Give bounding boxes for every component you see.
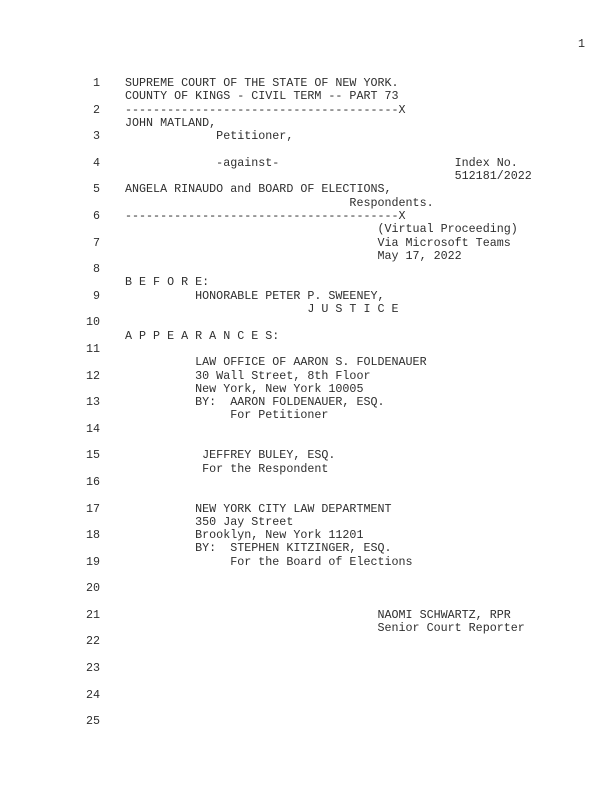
line-number: 3 xyxy=(0,130,100,143)
line-text: COUNTY OF KINGS - CIVIL TERM -- PART 73 xyxy=(100,90,612,103)
line-text: NAOMI SCHWARTZ, RPR xyxy=(100,609,612,622)
line-number: 1 xyxy=(0,77,100,90)
line-text: May 17, 2022 xyxy=(100,250,612,263)
line-number xyxy=(0,542,100,555)
transcript-row: 24 xyxy=(0,689,612,702)
line-text xyxy=(100,715,612,728)
transcript-row: 20 xyxy=(0,582,612,595)
transcript-row: JOHN MATLAND, xyxy=(0,117,612,130)
line-number: 4 xyxy=(0,157,100,170)
line-number xyxy=(0,436,100,449)
transcript-row: COUNTY OF KINGS - CIVIL TERM -- PART 73 xyxy=(0,90,612,103)
line-number xyxy=(0,250,100,263)
line-number xyxy=(0,675,100,688)
line-text xyxy=(100,489,612,502)
transcript-row: 6---------------------------------------… xyxy=(0,210,612,223)
transcript-row: 13 BY: AARON FOLDENAUER, ESQ. xyxy=(0,396,612,409)
line-number: 10 xyxy=(0,316,100,329)
transcript-row: 350 Jay Street xyxy=(0,516,612,529)
line-text: 350 Jay Street xyxy=(100,516,612,529)
line-number xyxy=(0,463,100,476)
transcript-row: BY: STEPHEN KITZINGER, ESQ. xyxy=(0,542,612,555)
line-text xyxy=(100,582,612,595)
line-text: For the Respondent xyxy=(100,463,612,476)
line-text xyxy=(100,702,612,715)
line-number: 20 xyxy=(0,582,100,595)
line-number: 14 xyxy=(0,423,100,436)
transcript-row xyxy=(0,569,612,582)
transcript-row: 4 -against- Index No. xyxy=(0,157,612,170)
line-text xyxy=(100,436,612,449)
line-number xyxy=(0,409,100,422)
transcript-row: 3 Petitioner, xyxy=(0,130,612,143)
line-text xyxy=(100,569,612,582)
page-number: 1 xyxy=(0,38,585,51)
transcript-row: B E F O R E: xyxy=(0,276,612,289)
line-text: Via Microsoft Teams xyxy=(100,237,612,250)
line-number xyxy=(0,276,100,289)
line-number xyxy=(0,170,100,183)
line-text: BY: STEPHEN KITZINGER, ESQ. xyxy=(100,542,612,555)
transcript-row: A P P E A R A N C E S: xyxy=(0,330,612,343)
line-number xyxy=(0,596,100,609)
line-text: ---------------------------------------X xyxy=(100,104,612,117)
line-text: Respondents. xyxy=(100,197,612,210)
transcript-row: 15 JEFFREY BULEY, ESQ. xyxy=(0,449,612,462)
transcript-row: J U S T I C E xyxy=(0,303,612,316)
line-text xyxy=(100,423,612,436)
line-number xyxy=(0,90,100,103)
transcript-row: 11 xyxy=(0,343,612,356)
line-number: 16 xyxy=(0,476,100,489)
line-text: BY: AARON FOLDENAUER, ESQ. xyxy=(100,396,612,409)
transcript-row: 512181/2022 xyxy=(0,170,612,183)
transcript-row: (Virtual Proceeding) xyxy=(0,223,612,236)
line-number xyxy=(0,356,100,369)
line-number xyxy=(0,569,100,582)
transcript-page: 1 1SUPREME COURT OF THE STATE OF NEW YOR… xyxy=(0,0,612,792)
line-text: J U S T I C E xyxy=(100,303,612,316)
line-text: -against- Index No. xyxy=(100,157,612,170)
line-text xyxy=(100,316,612,329)
transcript-row: New York, New York 10005 xyxy=(0,383,612,396)
line-text xyxy=(100,649,612,662)
transcript-row: 22 xyxy=(0,635,612,648)
line-text: LAW OFFICE OF AARON S. FOLDENAUER xyxy=(100,356,612,369)
transcript-row xyxy=(0,596,612,609)
transcript-row xyxy=(0,143,612,156)
transcript-row: 14 xyxy=(0,423,612,436)
line-number: 7 xyxy=(0,237,100,250)
line-text: ANGELA RINAUDO and BOARD OF ELECTIONS, xyxy=(100,183,612,196)
line-text: New York, New York 10005 xyxy=(100,383,612,396)
line-number xyxy=(0,303,100,316)
line-number: 23 xyxy=(0,662,100,675)
line-text: Petitioner, xyxy=(100,130,612,143)
line-number: 21 xyxy=(0,609,100,622)
line-text xyxy=(100,596,612,609)
line-text xyxy=(100,662,612,675)
line-text: For Petitioner xyxy=(100,409,612,422)
line-number xyxy=(0,729,100,742)
transcript-row xyxy=(0,702,612,715)
transcript-row xyxy=(0,675,612,688)
line-text: A P P E A R A N C E S: xyxy=(100,330,612,343)
transcript-row: For Petitioner xyxy=(0,409,612,422)
transcript-row: 19 For the Board of Elections xyxy=(0,556,612,569)
line-number: 6 xyxy=(0,210,100,223)
line-text xyxy=(100,635,612,648)
transcript-row: LAW OFFICE OF AARON S. FOLDENAUER xyxy=(0,356,612,369)
line-number xyxy=(0,143,100,156)
transcript-row: 16 xyxy=(0,476,612,489)
line-text xyxy=(100,263,612,276)
transcript-row: 1SUPREME COURT OF THE STATE OF NEW YORK. xyxy=(0,77,612,90)
transcript-row: 9 HONORABLE PETER P. SWEENEY, xyxy=(0,290,612,303)
line-number xyxy=(0,649,100,662)
transcript-row: 21 NAOMI SCHWARTZ, RPR xyxy=(0,609,612,622)
line-number xyxy=(0,489,100,502)
line-text: (Virtual Proceeding) xyxy=(100,223,612,236)
line-number xyxy=(0,702,100,715)
transcript-row: 17 NEW YORK CITY LAW DEPARTMENT xyxy=(0,503,612,516)
line-number: 24 xyxy=(0,689,100,702)
line-text xyxy=(100,729,612,742)
transcript-row: 8 xyxy=(0,263,612,276)
line-number xyxy=(0,223,100,236)
transcript-row: 18 Brooklyn, New York 11201 xyxy=(0,529,612,542)
line-number: 19 xyxy=(0,556,100,569)
transcript-row xyxy=(0,436,612,449)
transcript-row: 23 xyxy=(0,662,612,675)
transcript-row: 2---------------------------------------… xyxy=(0,104,612,117)
line-number: 12 xyxy=(0,370,100,383)
line-number: 9 xyxy=(0,290,100,303)
line-number xyxy=(0,516,100,529)
transcript-body: 1SUPREME COURT OF THE STATE OF NEW YORK.… xyxy=(0,77,612,742)
line-text xyxy=(100,675,612,688)
transcript-row: 10 xyxy=(0,316,612,329)
line-text: Brooklyn, New York 11201 xyxy=(100,529,612,542)
line-number xyxy=(0,383,100,396)
line-text: ---------------------------------------X xyxy=(100,210,612,223)
line-number: 5 xyxy=(0,183,100,196)
transcript-row xyxy=(0,729,612,742)
line-text xyxy=(100,343,612,356)
transcript-row: Respondents. xyxy=(0,197,612,210)
line-number xyxy=(0,622,100,635)
line-number: 15 xyxy=(0,449,100,462)
transcript-row: Senior Court Reporter xyxy=(0,622,612,635)
line-number xyxy=(0,117,100,130)
line-number: 25 xyxy=(0,715,100,728)
line-number: 11 xyxy=(0,343,100,356)
line-text: For the Board of Elections xyxy=(100,556,612,569)
transcript-row: 5ANGELA RINAUDO and BOARD OF ELECTIONS, xyxy=(0,183,612,196)
line-number xyxy=(0,197,100,210)
line-number: 13 xyxy=(0,396,100,409)
line-number xyxy=(0,330,100,343)
line-number: 22 xyxy=(0,635,100,648)
transcript-row: 12 30 Wall Street, 8th Floor xyxy=(0,370,612,383)
transcript-row: For the Respondent xyxy=(0,463,612,476)
transcript-row xyxy=(0,649,612,662)
line-text xyxy=(100,689,612,702)
line-text: HONORABLE PETER P. SWEENEY, xyxy=(100,290,612,303)
line-number: 8 xyxy=(0,263,100,276)
line-number: 18 xyxy=(0,529,100,542)
line-text: JEFFREY BULEY, ESQ. xyxy=(100,449,612,462)
line-number: 2 xyxy=(0,104,100,117)
transcript-row: May 17, 2022 xyxy=(0,250,612,263)
line-text: JOHN MATLAND, xyxy=(100,117,612,130)
line-number: 17 xyxy=(0,503,100,516)
transcript-row: 25 xyxy=(0,715,612,728)
line-text: SUPREME COURT OF THE STATE OF NEW YORK. xyxy=(100,77,612,90)
line-text: Senior Court Reporter xyxy=(100,622,612,635)
line-text: 512181/2022 xyxy=(100,170,612,183)
line-text: NEW YORK CITY LAW DEPARTMENT xyxy=(100,503,612,516)
line-text: B E F O R E: xyxy=(100,276,612,289)
transcript-row xyxy=(0,489,612,502)
line-text xyxy=(100,476,612,489)
transcript-row: 7 Via Microsoft Teams xyxy=(0,237,612,250)
line-text: 30 Wall Street, 8th Floor xyxy=(100,370,612,383)
line-text xyxy=(100,143,612,156)
